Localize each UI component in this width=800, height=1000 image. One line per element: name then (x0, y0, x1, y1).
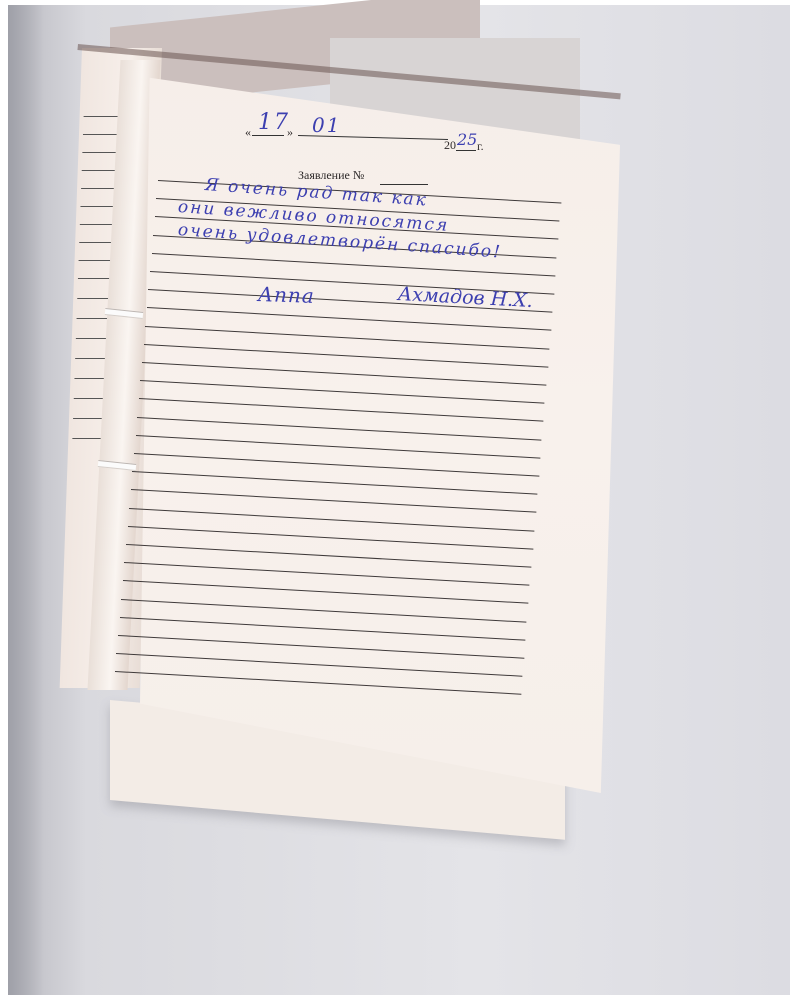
date-month: 01 (312, 113, 341, 137)
date-day: 17 (258, 110, 290, 135)
number-underline (380, 184, 428, 185)
quote-open: « (245, 125, 251, 140)
year-suffix: 25 (457, 130, 477, 149)
day-underline (252, 135, 284, 136)
year-unit: г. (477, 139, 484, 154)
year-prefix: 20 (444, 138, 456, 153)
quote-close: » (287, 125, 293, 140)
year-underline (456, 150, 476, 151)
form-title: Заявление № (298, 168, 364, 183)
signature-mark: Аnna (258, 282, 316, 308)
